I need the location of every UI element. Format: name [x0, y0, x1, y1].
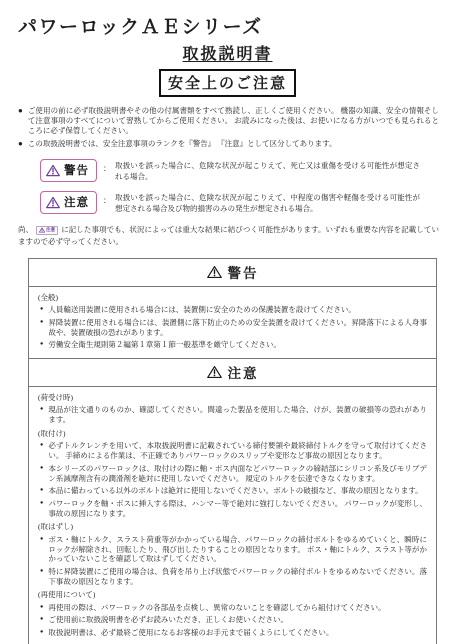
bullet-icon: ● — [18, 139, 23, 149]
rule-text: 労働安全衛生規則第２編第１章第１節一般基準を厳守してください。 — [48, 340, 281, 350]
bullet-icon: ● — [40, 340, 43, 350]
intro-text: ご使用の前に必ず取扱説明書やその他の付属書類をすべて熟読し、正しくご使用ください… — [28, 106, 439, 137]
rule-item: ● 取扱説明書は、必ず最終ご使用になるお客様のお手元まで届くようにしてください。 — [40, 628, 427, 638]
rule-item: ● ご使用前に取扱説明書を必ずお読みいただき、正しくお使いください。 — [40, 615, 427, 625]
rule-text: 人員輸送用装置に使用される場合には、装置側に安全のための保護装置を設けてください… — [48, 305, 356, 315]
note-prefix: 尚、 — [18, 225, 33, 234]
bullet-icon: ● — [40, 486, 43, 496]
warning-definition-text: 取扱いを誤った場合に、危険な状況が起こりえて、死亡又は重傷を受ける可能性が想定さ… — [115, 161, 420, 183]
page-subtitle: 取扱説明書 — [0, 41, 455, 64]
rule-text: 特に昇降装置にご使用の場合は、負荷を吊り上げ状態でパワーロックの締付ボルトをゆる… — [48, 567, 427, 587]
rule-text: 再使用の際は、パワーロックの各部品を点検し、異常のないことを確認してから組付けて… — [48, 603, 385, 613]
bullet-icon: ● — [40, 441, 43, 461]
caution-section-body: (荷受け時) ● 現品が注文通りのものか、確認してください。間違った製品を使用し… — [29, 387, 436, 644]
group-label: (再使用について) — [38, 589, 427, 600]
bullet-icon: ● — [40, 615, 43, 625]
safety-notice-heading: 安全上のご注意 — [159, 69, 296, 97]
rule-item: ● 現品が注文通りのものか、確認してください。間違った製品を使用した場合、けが、… — [40, 405, 427, 425]
group-label: (全般) — [38, 292, 427, 303]
rule-item: ● 本シリーズのパワーロックは、取付けの際に軸・ボス内面などパワーロックの締結部… — [40, 464, 427, 484]
rule-text: ボス・軸にトルク、スラスト荷重等がかかっている場合、パワーロックの締付ボルトをゆ… — [48, 535, 427, 565]
caution-section-title: 注意 — [228, 362, 259, 382]
note-paragraph: 尚、注意に記した事項でも、状況によっては重大な結果に結びつく可能性があります。い… — [18, 224, 439, 247]
caution-section-box: 注意 (荷受け時) ● 現品が注文通りのものか、確認してください。間違った製品を… — [28, 358, 437, 644]
bullet-icon: ● — [40, 567, 43, 587]
warning-definition-row: 警告 ： 取扱いを誤った場合に、危険な状況が起こりえて、死亡又は重傷を受ける可能… — [40, 159, 435, 183]
rule-text: 必ずトルクレンチを用いて、本取扱説明書に記載されている締付要領や最終締付トルクを… — [48, 441, 427, 461]
warning-section-body: (全般) ● 人員輸送用装置に使用される場合には、装置側に安全のための保護装置を… — [29, 287, 436, 358]
rule-text: ご使用前に取扱説明書を必ずお読みいただき、正しくお使いください。 — [48, 615, 288, 625]
bullet-icon: ● — [40, 628, 43, 638]
caution-badge: 注意 — [40, 191, 97, 214]
intro-bullet-item: ● ご使用の前に必ず取扱説明書やその他の付属書類をすべて熟読し、正しくご使用くだ… — [18, 106, 439, 137]
rule-item: ● 必ずトルクレンチを用いて、本取扱説明書に記載されている締付要領や最終締付トル… — [40, 441, 427, 461]
rule-item: ● 特に昇降装置にご使用の場合は、負荷を吊り上げ状態でパワーロックの締付ボルトを… — [40, 567, 427, 587]
group-label: (取はずし) — [38, 521, 427, 532]
intro-bullet-item: ● この取扱説明書では、安全注意事項のランクを『警告』 『注意』として区分してあ… — [18, 139, 439, 149]
rank-definitions: 警告 ： 取扱いを誤った場合に、危険な状況が起こりえて、死亡又は重傷を受ける可能… — [40, 159, 435, 215]
rule-item: ● 本品に備わっている以外のボルトは絶対に使用しないでください。ボルトの破損など… — [40, 486, 427, 496]
bullet-icon: ● — [40, 405, 43, 425]
caution-definition-text: 取扱いを誤った場合に、危険な状況が起こりえて、中程度の傷害や軽傷を受ける可能性が… — [115, 193, 420, 215]
bullet-icon: ● — [40, 535, 43, 565]
caution-section-header: 注意 — [29, 359, 436, 387]
safety-heading-wrap: 安全上のご注意 — [0, 69, 455, 97]
rule-item: ● 再使用の際は、パワーロックの各部品を点検し、異常のないことを確認してから組付… — [40, 603, 427, 613]
warning-section-title: 警告 — [228, 262, 259, 282]
bullet-icon: ● — [40, 305, 43, 315]
colon-separator: ： — [103, 163, 111, 174]
warning-triangle-icon — [46, 164, 60, 177]
bullet-icon: ● — [40, 464, 43, 484]
rule-text: 本シリーズのパワーロックは、取付けの際に軸・ボス内面などパワーロックの締結部にシ… — [48, 464, 427, 484]
caution-badge-label: 注意 — [64, 194, 89, 210]
bullet-icon: ● — [40, 318, 43, 338]
group-label: (取付け) — [38, 428, 427, 439]
bullet-icon: ● — [40, 603, 43, 613]
intro-text: この取扱説明書では、安全注意事項のランクを『警告』 『注意』として区分してありま… — [28, 139, 337, 149]
bullet-icon: ● — [40, 499, 43, 519]
rule-item: ● 人員輸送用装置に使用される場合には、装置側に安全のための保護装置を設けてくだ… — [40, 305, 427, 315]
caution-mini-badge-label: 注意 — [46, 227, 55, 234]
caution-mini-badge: 注意 — [36, 226, 58, 235]
rule-item: ● ボス・軸にトルク、スラスト荷重等がかかっている場合、パワーロックの締付ボルト… — [40, 535, 427, 565]
rule-item: ● 昇降装置に使用される場合には、装置側に落下防止のための安全装置を設けてくださ… — [40, 318, 427, 338]
note-suffix: に記した事項でも、状況によっては重大な結果に結びつく可能性があります。いずれも重… — [18, 225, 439, 245]
warning-triangle-icon — [207, 365, 222, 379]
rule-item: ● パワーロックを軸・ボスに挿入する際は、ハンマー等で絶対に強打しないでください… — [40, 499, 427, 519]
rule-text: 昇降装置に使用される場合には、装置側に落下防止のための安全装置を設けてください。… — [48, 318, 427, 338]
warning-badge: 警告 — [40, 159, 97, 182]
group-label: (荷受け時) — [38, 392, 427, 403]
colon-separator: ： — [103, 195, 111, 206]
manual-page: パワーロックＡＥシリーズ 取扱説明書 安全上のご注意 ● ご使用の前に必ず取扱説… — [0, 0, 455, 644]
bullet-icon: ● — [18, 106, 23, 137]
warning-triangle-icon — [46, 196, 60, 209]
intro-section: ● ご使用の前に必ず取扱説明書やその他の付属書類をすべて熟読し、正しくご使用くだ… — [18, 106, 439, 149]
page-title: パワーロックＡＥシリーズ — [18, 12, 455, 39]
warning-section-header: 警告 — [29, 259, 436, 287]
caution-definition-row: 注意 ： 取扱いを誤った場合に、危険な状況が起こりえて、中程度の傷害や軽傷を受け… — [40, 191, 435, 215]
warning-badge-label: 警告 — [64, 162, 89, 178]
warning-triangle-icon — [207, 265, 222, 279]
warning-triangle-icon — [39, 227, 45, 233]
rule-item: ● 労働安全衛生規則第２編第１章第１節一般基準を厳守してください。 — [40, 340, 427, 350]
rule-text: パワーロックを軸・ボスに挿入する際は、ハンマー等で絶対に強打しないでください。 … — [48, 499, 427, 519]
rule-text: 現品が注文通りのものか、確認してください。間違った製品を使用した場合、けが、装置… — [48, 405, 427, 425]
warning-section-box: 警告 (全般) ● 人員輸送用装置に使用される場合には、装置側に安全のための保護… — [28, 258, 437, 359]
rule-text: 取扱説明書は、必ず最終ご使用になるお客様のお手元まで届くようにしてください。 — [48, 628, 333, 638]
rule-text: 本品に備わっている以外のボルトは絶対に使用しないでください。ボルトの破損など、事… — [48, 486, 422, 496]
